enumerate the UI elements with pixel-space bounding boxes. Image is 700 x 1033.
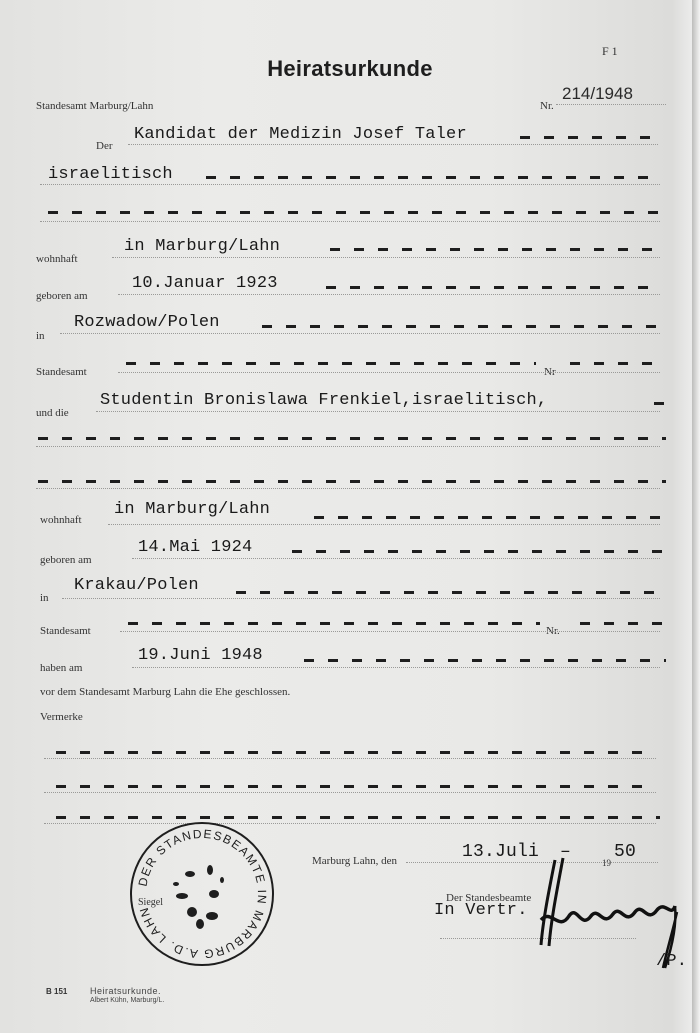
haben-am-label: haben am — [40, 662, 82, 674]
filler-dashes — [38, 480, 666, 483]
bride-birth-place: Krakau/Polen — [74, 576, 199, 595]
filler-dashes — [570, 362, 662, 365]
vermerke-label: Vermerke — [40, 711, 83, 723]
certificate-page: F 1 Heiratsurkunde Standesamt Marburg/La… — [0, 0, 700, 1033]
line-rule — [96, 411, 660, 412]
marriage-date: 19.Juni 1948 — [138, 646, 263, 665]
filler-dashes — [262, 325, 666, 328]
nr-label: Nr. — [540, 100, 554, 112]
line-rule — [120, 631, 660, 632]
filler-dashes — [326, 286, 660, 289]
filler-dashes — [654, 402, 664, 405]
bride-in-label: in — [40, 592, 49, 604]
groom-birth-place: Rozwadow/Polen — [74, 313, 220, 332]
filler-dashes — [126, 362, 536, 365]
filler-dashes — [38, 437, 666, 440]
groom-wohnhaft-label: wohnhaft — [36, 253, 78, 265]
initial-suffix: /P. — [656, 952, 687, 971]
groom-in-label: in — [36, 330, 45, 342]
groom-geboren-label: geboren am — [36, 290, 88, 302]
line-rule — [60, 333, 660, 334]
nr-rule — [556, 104, 666, 105]
groom-birth-date: 10.Januar 1923 — [132, 274, 278, 293]
certificate-number: 214/1948 — [562, 84, 633, 104]
filler-dashes — [304, 659, 666, 662]
printer-imprint: Albert Kühn, Marburg/L. — [90, 997, 164, 1004]
official-seal: DER STANDESBEAMTE IN MARBURG A.D. LAHN — [130, 822, 274, 966]
groom-religion: israelitisch — [48, 165, 173, 184]
footer-form-title: Heiratsurkunde. — [90, 986, 161, 996]
groom-standesamt-label: Standesamt — [36, 366, 87, 378]
filler-dashes — [56, 816, 660, 819]
filler-dashes — [128, 622, 540, 625]
filler-dashes — [292, 550, 664, 553]
filler-dashes — [580, 622, 662, 625]
line-rule — [40, 184, 660, 185]
in-vertretung: In Vertr. — [434, 901, 528, 920]
line-rule — [118, 372, 660, 373]
registry-office-label: Standesamt Marburg/Lahn — [36, 100, 153, 112]
line-rule — [36, 446, 660, 447]
filler-dashes — [330, 248, 660, 251]
line-rule — [44, 758, 656, 759]
bride-residence: in Marburg/Lahn — [114, 500, 270, 519]
line-rule — [40, 221, 660, 222]
bride-geboren-label: geboren am — [40, 554, 92, 566]
issue-place-label: Marburg Lahn, den — [312, 855, 397, 867]
groom-name: Kandidat der Medizin Josef Taler — [134, 125, 467, 144]
svg-text:DER STANDESBEAMTE IN MARBURG A: DER STANDESBEAMTE IN MARBURG A.D. LAHN — [135, 827, 269, 961]
filler-dashes — [314, 516, 666, 519]
form-number: B 151 — [46, 987, 67, 996]
und-die-label: und die — [36, 407, 69, 419]
filler-dashes — [520, 136, 660, 139]
line-rule — [132, 558, 660, 559]
line-rule — [128, 144, 658, 145]
groom-residence: in Marburg/Lahn — [124, 237, 280, 256]
seal-icon: DER STANDESBEAMTE IN MARBURG A.D. LAHN — [132, 824, 272, 964]
line-rule — [132, 667, 660, 668]
bride-birth-date: 14.Mai 1924 — [138, 538, 252, 557]
line-rule — [112, 257, 660, 258]
der-label: Der — [96, 140, 113, 152]
filler-dashes — [56, 751, 656, 754]
filler-dashes — [236, 591, 666, 594]
document-title: Heiratsurkunde — [0, 56, 700, 82]
bride-standesamt-label: Standesamt — [40, 625, 91, 637]
filler-dashes — [48, 211, 660, 214]
line-rule — [108, 524, 660, 525]
line-rule — [62, 598, 660, 599]
line-rule — [36, 488, 660, 489]
line-rule — [118, 294, 660, 295]
seal-label: Siegel — [138, 897, 163, 908]
bride-wohnhaft-label: wohnhaft — [40, 514, 82, 526]
marriage-statement: vor dem Standesamt Marburg Lahn die Ehe … — [40, 686, 290, 698]
line-rule — [44, 792, 656, 793]
bride-name: Studentin Bronislawa Frenkiel,israelitis… — [100, 391, 547, 410]
filler-dashes — [206, 176, 660, 179]
filler-dashes — [56, 785, 656, 788]
